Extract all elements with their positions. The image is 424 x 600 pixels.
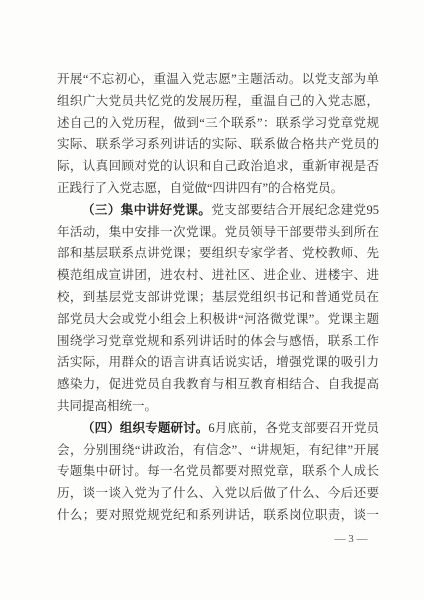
text-line: 校，到基层党支部讲党课；基层党组织书记和普通党员在支 [57,287,379,309]
text-line: 实际、联系学习系列讲话的实际、联系做合格共产党员的实 [57,134,379,156]
page-number: — 3 — [326,531,376,547]
text-line: 什么；要对照党规党纪和系列讲话，联系岗位职责，谈一谈 [57,505,379,527]
text-line: 部和基层联系点讲党课；要组织专家学者、党校教师、先进 [57,243,379,265]
section-heading-line: （三）集中讲好党课。党支部要结合开展纪念建党95周 [57,200,379,222]
text-line: 正践行了入党志愿，自觉做“四讲四有”的合格党员。 [57,178,379,200]
text-line: 专题集中研讨。每一名党员都要对照党章，联系个人成长经 [57,461,379,483]
section-heading-line: （四）组织专题研讨。6月底前，各党支部要召开党员大 [57,418,379,440]
text-line: 组织广大党员共忆党的发展历程，重温自己的入党志愿，重 [57,91,379,113]
text-line: 开展“不忘初心，重温入党志愿”主题活动。以党支部为单位， [57,69,379,91]
text-line: 感染力，促进党员自我教育与相互教育相结合、自我提高和 [57,374,379,396]
text-line: 年活动，集中安排一次党课。党员领导干部要带头到所在支 [57,222,379,244]
text-line: 述自己的入党历程，做到“三个联系”：联系学习党章党规的 [57,113,379,135]
body-text: 开展“不忘初心，重温入党志愿”主题活动。以党支部为单位， 组织广大党员共忆党的发… [57,69,379,527]
section-heading: （四）组织专题研讨。 [82,421,208,435]
text-line: 历，谈一谈入党为了什么、入党以后做了什么、今后还要做 [57,483,379,505]
section-heading: （三）集中讲好党课。 [82,203,211,217]
text-line: 围绕学习党章党规和系列讲话时的体会与感悟，联系工作生 [57,331,379,353]
text-line: 活实际，用群众的语言讲真话说实话，增强党课的吸引力和 [57,352,379,374]
document-page: 开展“不忘初心，重温入党志愿”主题活动。以党支部为单位， 组织广大党员共忆党的发… [0,0,424,600]
text-line: 际，认真回顾对党的认识和自己政治追求，重新审视是否真 [57,156,379,178]
text-line: 模范组成宣讲团，进农村、进社区、进企业、进楼宇、进学 [57,265,379,287]
text-line: 会，分别围绕“讲政治，有信念”、“讲规矩，有纪律”开展 [57,440,379,462]
text-line: 部党员大会或党小组会上积极讲“河洛微党课”。党课主题要 [57,309,379,331]
text-line: 共同提高相统一。 [57,396,379,418]
